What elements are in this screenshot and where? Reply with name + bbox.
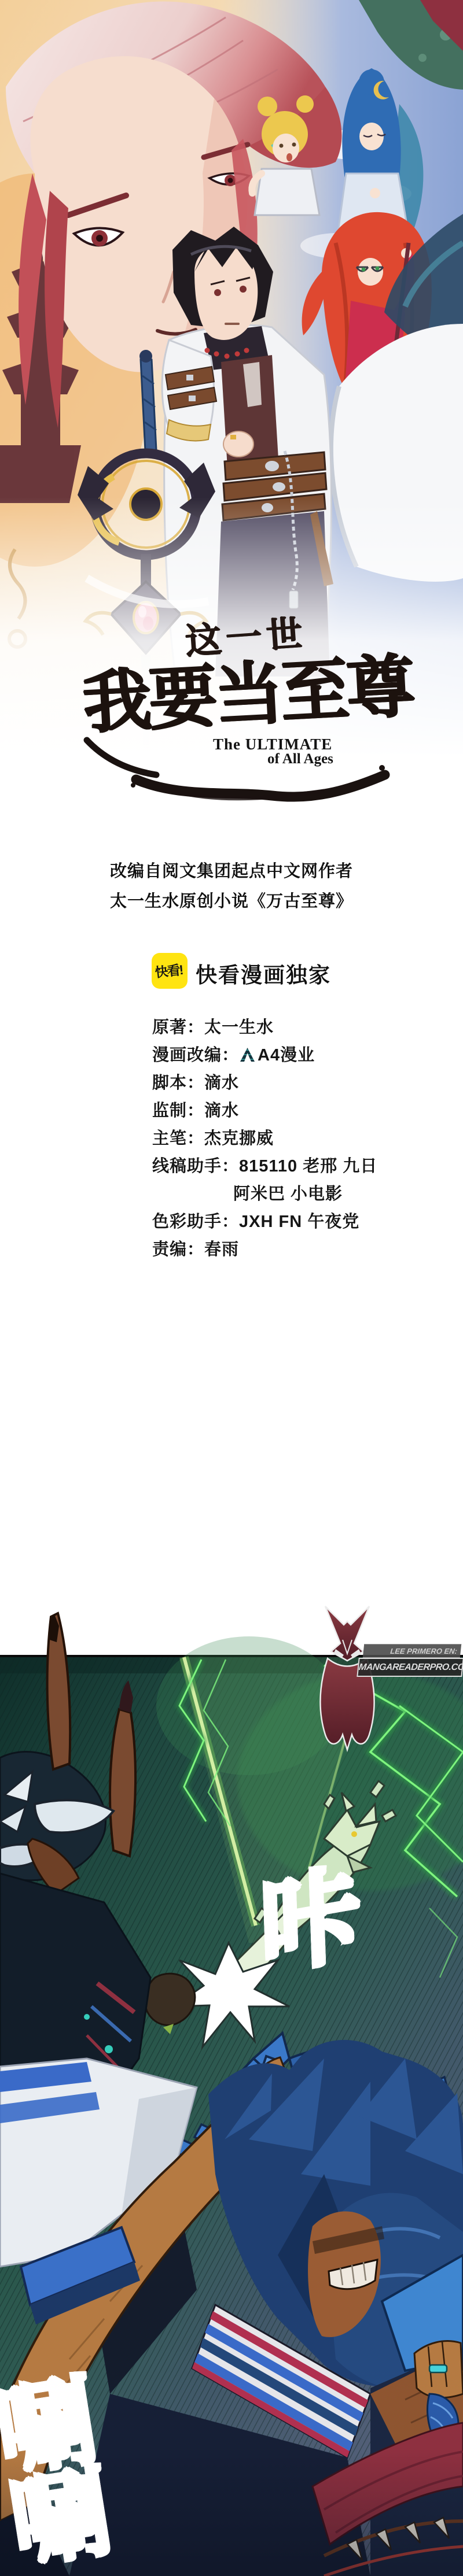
a4-studio-logo-icon [240,1048,255,1062]
kuaikan-logo-icon: 快看! [152,953,188,989]
credit-color-assistants: 色彩助手：JXH FN 午夜党 [152,1208,359,1232]
credit-lineart-assistants: 线稿助手：815110 老邢 九日 [152,1153,377,1177]
kuaikan-logo-text: 快看! [154,959,183,981]
adaptation-intro-line1: 改编自阅文集团起点中文网作者 [0,858,463,882]
credit-script: 脚本：滴水 [152,1070,239,1093]
platform-exclusive-label: 快看漫画独家 [196,958,331,989]
credit-editor: 责编：春雨 [152,1236,239,1260]
watermark-site-url: MANGAREADERPRO.COM [357,1658,463,1677]
credit-comic-adaptation: 漫画改编：A4漫业 [152,1042,315,1066]
manga-page: 这一世 我要当至尊 The ULTIMATE of All Ages 改编自阅文… [0,0,463,2576]
credit-original-author: 原著：太一生水 [152,1014,274,1038]
title-english-line2: of All Ages [267,751,333,767]
credit-supervisor: 监制：滴水 [152,1097,239,1121]
credit-lineart-assistants-cont: 阿米巴 小电影 [233,1181,343,1204]
watermark-line1: LEE PRIMERO EN: [363,1644,462,1658]
credit-lead-artist: 主笔：杰克挪威 [152,1125,274,1149]
wolf-watermark-icon [320,1606,374,1750]
adaptation-intro-line2: 太一生水原创小说《万古至尊》 [0,888,463,912]
